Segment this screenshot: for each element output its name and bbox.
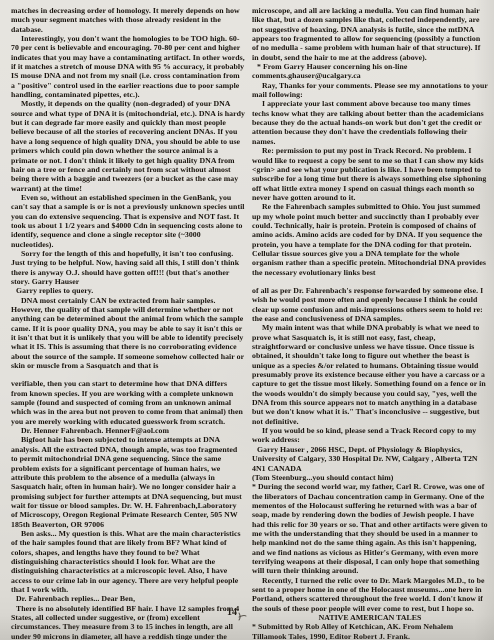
page-number: 14 — [227, 607, 237, 618]
paragraph-bf-hair-samples: There is no absolutely identified BF hai… — [11, 604, 245, 640]
paragraph-verifiable: verifiable, then you can start to determ… — [11, 379, 245, 426]
paragraph-rob-alley-credit: * Submitted by Rob Alley of Ketchican, A… — [252, 622, 488, 640]
paragraph-fahrenbach-replies: Dr. Fahrenbach replies... Dear Ben, — [11, 594, 245, 603]
paragraph-microscope-continuation: microscope, and all are lacking a medull… — [252, 6, 488, 62]
paragraph-ray-thanks: Ray, Thanks for your comments. Please se… — [252, 81, 488, 100]
handwritten-squiggle-icon — [238, 612, 247, 624]
paragraph-homologies-too-high: Interestingly, you don't want the homolo… — [11, 34, 245, 99]
section-heading-native-american-tales: NATIVE AMERICAN TALES — [252, 613, 488, 622]
paragraph-techs-vs-academicians: I appreciate your last comment above bec… — [252, 99, 488, 146]
paragraph-ben-asks: Ben asks... My question is this. What ar… — [11, 529, 245, 594]
text-column-right: microscope, and all are lacking a medull… — [252, 6, 488, 640]
paragraph-bigfoot-hair: Bigfoot hair has been subjected to inten… — [11, 435, 245, 528]
paragraph-margoles-relic: Recently, I turned the relic over to Dr.… — [252, 576, 488, 613]
paragraph-fahrenbach-email: Dr. Henner Fahrenbach. HennerF@aol.com — [11, 426, 245, 435]
paragraph-of-all-as-per: of all as per Dr. Fahrenbach's response … — [252, 286, 488, 323]
paragraph-apology: Sorry for the length of this and hopeful… — [11, 249, 245, 286]
paragraph-dna-extraction: DNA most certainly CAN be extracted from… — [11, 296, 245, 371]
paragraph-hauser-address: Garry Hauser , 2066 HSC, Dept. of Physio… — [252, 445, 488, 473]
paragraph-homology-continuation: matches in decreasing order of homology.… — [11, 6, 245, 34]
paragraph-fahrenbach-samples-ohio: Re the Fahrenbach samples submitted to O… — [252, 202, 488, 277]
paragraph-garry-replies: Garry replies to query. — [11, 286, 245, 295]
paragraph-track-record-permission: Re: permission to put my post in Track R… — [252, 146, 488, 202]
paragraph-genbank: Even so, without an established specimen… — [11, 193, 245, 249]
text-column-left: matches in decreasing order of homology.… — [11, 6, 245, 640]
paragraph-from-garry-hauser: * From Garry Hauser concerning his on-li… — [252, 62, 488, 81]
paragraph-dna-quality: Mostly, it depends on the quality (non-d… — [11, 99, 245, 192]
scanned-document-page: matches in decreasing order of homology.… — [0, 0, 494, 640]
paragraph-main-intent: My main intent was that while DNA probab… — [252, 323, 488, 426]
paragraph-carl-crowe: * During the second world war, my father… — [252, 482, 488, 575]
page-footer: 14 — [227, 607, 247, 624]
paragraph-tom-steenburg: (Tom Steenburg...you should contact him) — [252, 473, 488, 482]
paragraph-send-track-record: If you would be so kind, please send a T… — [252, 426, 488, 445]
